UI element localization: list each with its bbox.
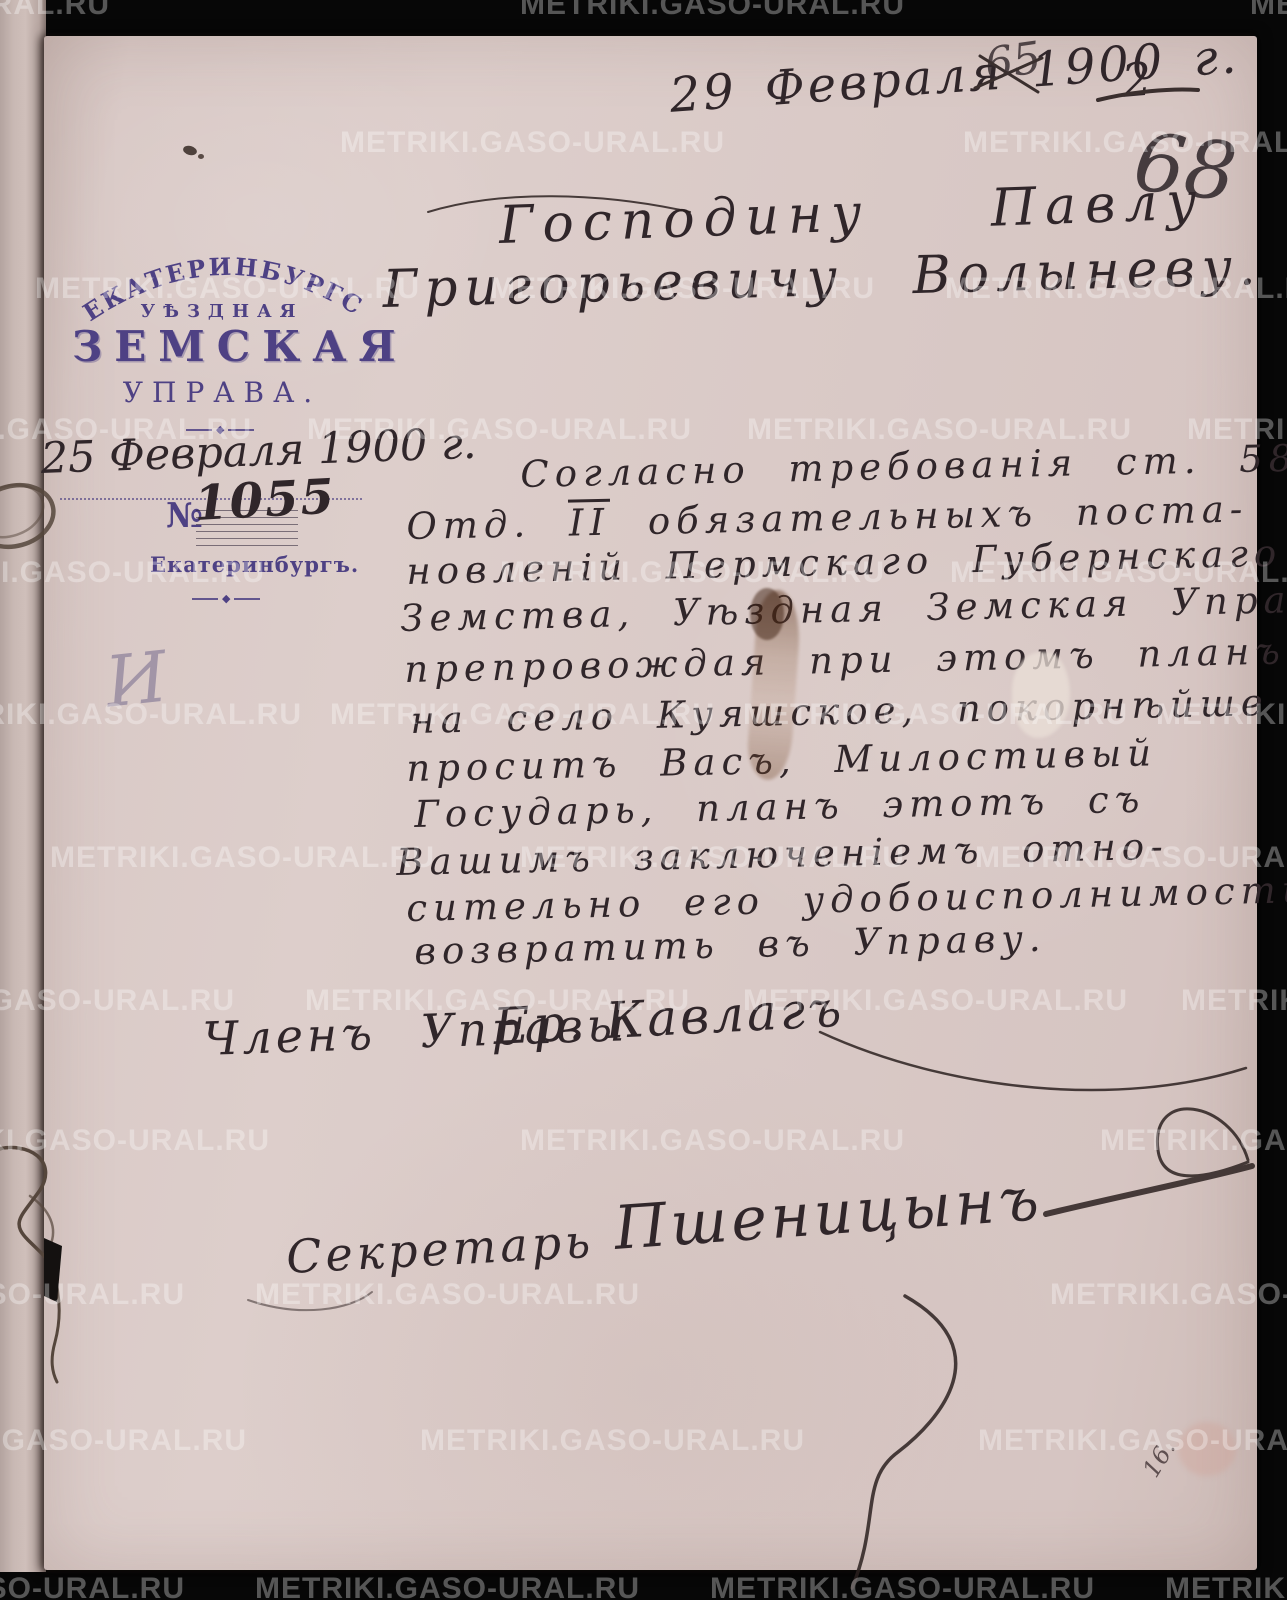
watermark-text: METRIKI.GASO-URAL.RU	[255, 1572, 640, 1600]
previous-page-edge	[0, 0, 46, 1572]
watermark-text: METRIKI.GASO-URAL.RU	[1250, 0, 1287, 22]
watermark-text: METRIKI.GASO-URAL.RU	[520, 0, 905, 22]
watermark-text: METRIKI.GASO-URAL.RU	[710, 1572, 1095, 1600]
document-page	[44, 36, 1257, 1570]
scanned-document: ЕКАТЕРИНБУРГСКАЯ УѢЗДНАЯ ЗЕМСКАЯ УПРАВА.…	[0, 0, 1287, 1600]
watermark-text: METRIKI.GASO-URAL.RU	[0, 1572, 185, 1600]
watermark-text: METRIKI.GASO-URAL.RU	[1165, 1572, 1287, 1600]
